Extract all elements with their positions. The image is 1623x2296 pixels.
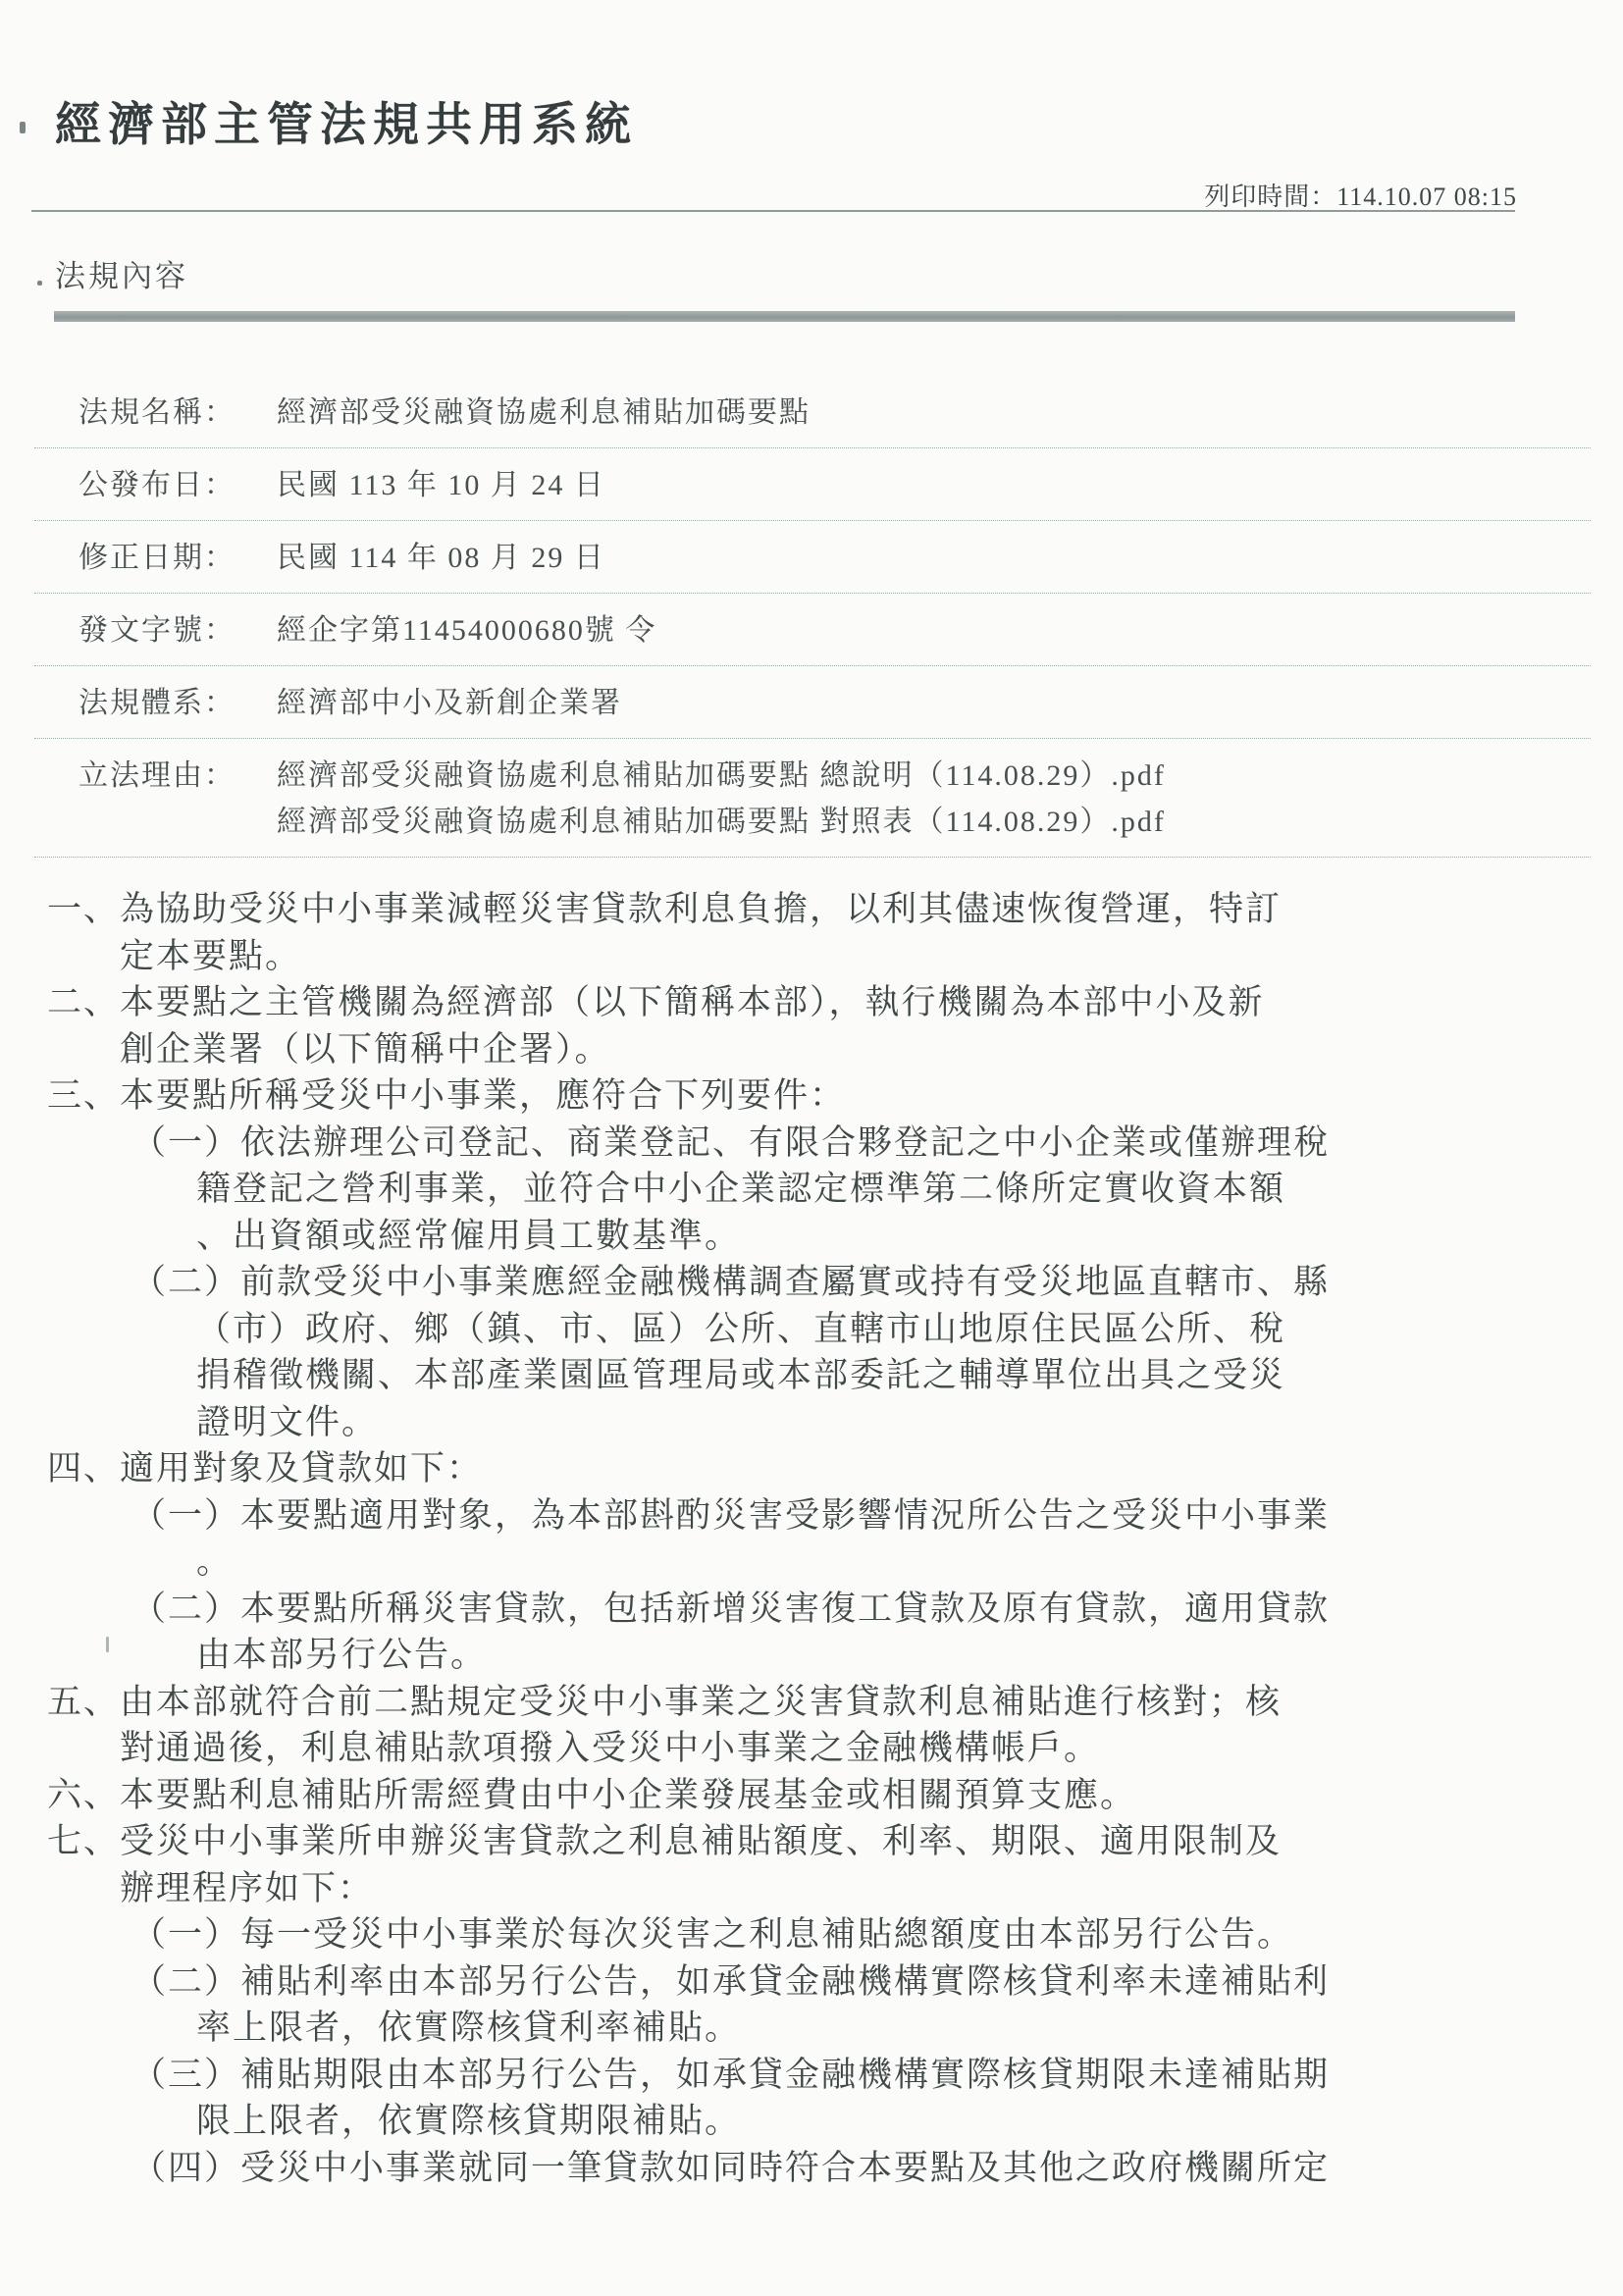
scan-artifact bbox=[37, 281, 42, 286]
body-line: 六、本要點利息補貼所需經費由中小企業發展基金或相關預算支應。 bbox=[47, 1772, 1578, 1819]
body-line: 創企業署（以下簡稱中企署）。 bbox=[47, 1026, 1578, 1073]
meta-label: 法規體系： bbox=[79, 680, 247, 726]
print-time: 列印時間：114.10.07 08:15 bbox=[1204, 177, 1517, 213]
meta-value-line: 經濟部受災融資協處利息補貼加碼要點 總說明（114.08.29）.pdf bbox=[277, 753, 1166, 799]
body-line: （一）每一受災中小事業於每次災害之利息補貼總額度由本部另行公告。 bbox=[47, 1911, 1578, 1958]
page-title: 經濟部主管法規共用系統 bbox=[55, 88, 638, 154]
meta-row: 修正日期：民國 114 年 08 月 29 日 bbox=[34, 521, 1591, 594]
section-divider-bar bbox=[54, 311, 1515, 322]
body-line: 、出資額或經常僱用員工數基準。 bbox=[47, 1213, 1578, 1260]
body-line: 籍登記之營利事業，並符合中小企業認定標準第二條所定實收資本額 bbox=[47, 1166, 1578, 1213]
regulation-body: 一、為協助受災中小事業減輕災害貸款利息負擔，以利其儘速恢復營運，特訂定本要點。二… bbox=[47, 886, 1578, 2191]
body-line: 二、本要點之主管機關為經濟部（以下簡稱本部），執行機關為本部中小及新 bbox=[47, 979, 1578, 1026]
meta-value-line: 經企字第11454000680號 令 bbox=[277, 607, 656, 653]
meta-row: 法規體系：經濟部中小及新創企業署 bbox=[34, 666, 1591, 739]
meta-row: 發文字號：經企字第11454000680號 令 bbox=[34, 594, 1591, 666]
meta-value-line: 經濟部受災融資協處利息補貼加碼要點 bbox=[277, 390, 811, 436]
body-line: 捐稽徵機關、本部產業園區管理局或本部委託之輔導單位出具之受災 bbox=[47, 1352, 1578, 1399]
meta-label: 法規名稱： bbox=[79, 390, 247, 436]
meta-value: 經濟部受災融資協處利息補貼加碼要點 總說明（114.08.29）.pdf經濟部受… bbox=[277, 753, 1166, 845]
body-line: 限上限者，依實際核貸期限補貼。 bbox=[47, 2098, 1578, 2145]
body-line: 四、適用對象及貸款如下： bbox=[47, 1445, 1578, 1492]
body-line: 。 bbox=[47, 1539, 1578, 1586]
body-line: 七、受災中小事業所申辦災害貸款之利息補貼額度、利率、期限、適用限制及 bbox=[47, 1818, 1578, 1865]
meta-row: 法規名稱：經濟部受災融資協處利息補貼加碼要點 bbox=[34, 376, 1591, 448]
body-line: 由本部另行公告。 bbox=[47, 1632, 1578, 1679]
meta-row: 立法理由：經濟部受災融資協處利息補貼加碼要點 總說明（114.08.29）.pd… bbox=[34, 739, 1591, 858]
section-title: 法規內容 bbox=[55, 251, 188, 295]
document-page: 經濟部主管法規共用系統 列印時間：114.10.07 08:15 法規內容 法規… bbox=[0, 0, 1623, 2296]
body-line: （市）政府、鄉（鎮、市、區）公所、直轄市山地原住民區公所、稅 bbox=[47, 1306, 1578, 1353]
header-divider bbox=[31, 210, 1515, 212]
meta-value: 經濟部受災融資協處利息補貼加碼要點 bbox=[277, 390, 811, 436]
body-line: 率上限者，依實際核貸利率補貼。 bbox=[47, 2005, 1578, 2052]
meta-value-line: 經濟部中小及新創企業署 bbox=[277, 680, 622, 726]
meta-value: 民國 113 年 10 月 24 日 bbox=[277, 462, 605, 508]
scan-artifact bbox=[20, 122, 26, 133]
body-line: 定本要點。 bbox=[47, 933, 1578, 980]
meta-value: 經企字第11454000680號 令 bbox=[277, 607, 656, 653]
body-line: 辦理程序如下： bbox=[47, 1865, 1578, 1912]
body-line: 對通過後，利息補貼款項撥入受災中小事業之金融機構帳戶。 bbox=[47, 1725, 1578, 1772]
body-line: （二）本要點所稱災害貸款，包括新增災害復工貸款及原有貸款，適用貸款 bbox=[47, 1586, 1578, 1633]
metadata-table: 法規名稱：經濟部受災融資協處利息補貼加碼要點公發布日：民國 113 年 10 月… bbox=[34, 376, 1591, 858]
meta-label: 發文字號： bbox=[79, 607, 247, 653]
body-line: （一）本要點適用對象，為本部斟酌災害受影響情況所公告之受災中小事業 bbox=[47, 1492, 1578, 1539]
body-line: （二）補貼利率由本部另行公告，如承貸金融機構實際核貸利率未達補貼利 bbox=[47, 1958, 1578, 2006]
meta-value: 民國 114 年 08 月 29 日 bbox=[277, 535, 605, 581]
meta-value: 經濟部中小及新創企業署 bbox=[277, 680, 622, 726]
meta-label: 立法理由： bbox=[79, 753, 247, 799]
meta-value-line: 民國 113 年 10 月 24 日 bbox=[277, 462, 605, 508]
body-line: 證明文件。 bbox=[47, 1399, 1578, 1446]
body-line: 一、為協助受災中小事業減輕災害貸款利息負擔，以利其儘速恢復營運，特訂 bbox=[47, 886, 1578, 933]
meta-label: 修正日期： bbox=[79, 535, 247, 581]
body-line: 三、本要點所稱受災中小事業，應符合下列要件： bbox=[47, 1072, 1578, 1120]
body-line: （二）前款受災中小事業應經金融機構調查屬實或持有受災地區直轄市、縣 bbox=[47, 1259, 1578, 1306]
body-line: （一）依法辦理公司登記、商業登記、有限合夥登記之中小企業或僅辦理稅 bbox=[47, 1120, 1578, 1167]
body-line: 五、由本部就符合前二點規定受災中小事業之災害貸款利息補貼進行核對；核 bbox=[47, 1679, 1578, 1726]
meta-row: 公發布日：民國 113 年 10 月 24 日 bbox=[34, 448, 1591, 521]
body-line: （四）受災中小事業就同一筆貸款如同時符合本要點及其他之政府機關所定 bbox=[47, 2145, 1578, 2192]
meta-label: 公發布日： bbox=[79, 462, 247, 508]
body-line: （三）補貼期限由本部另行公告，如承貸金融機構實際核貸期限未達補貼期 bbox=[47, 2052, 1578, 2099]
meta-value-line: 民國 114 年 08 月 29 日 bbox=[277, 535, 605, 581]
meta-value-line: 經濟部受災融資協處利息補貼加碼要點 對照表（114.08.29）.pdf bbox=[277, 799, 1166, 845]
